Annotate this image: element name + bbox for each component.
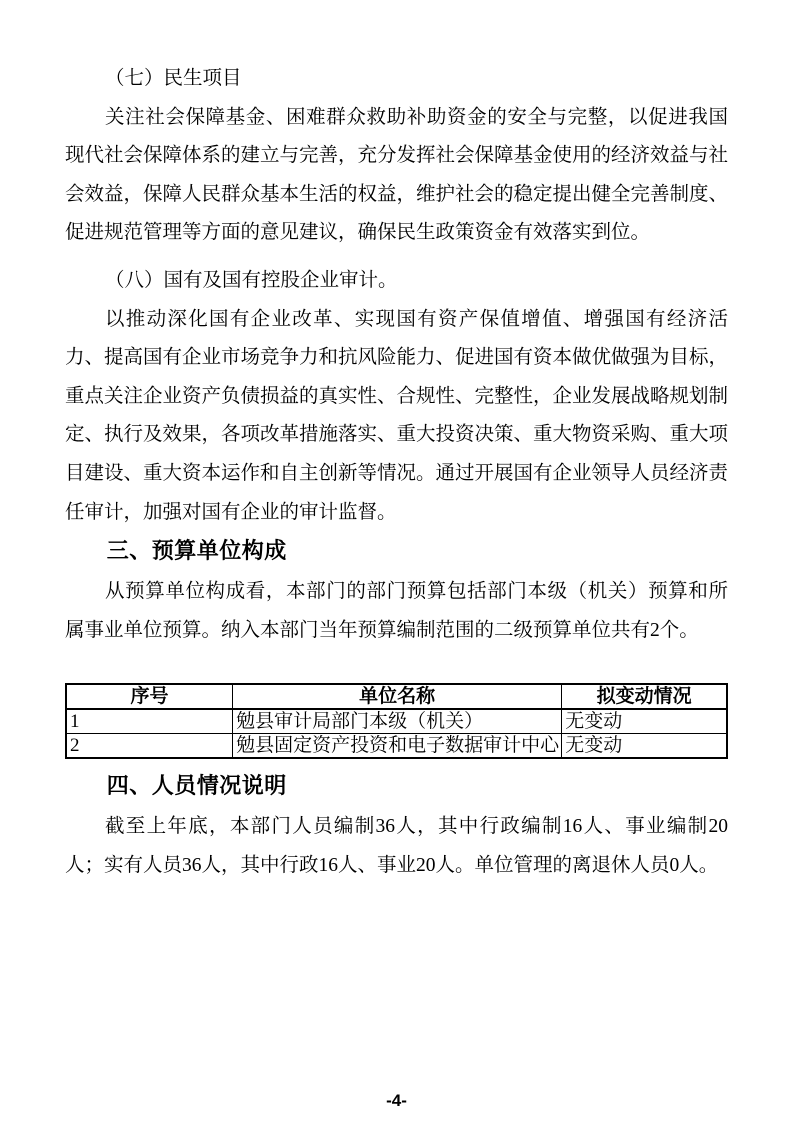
table-header-unit-name: 单位名称 (233, 684, 562, 709)
table-row: 2 勉县固定资产投资和电子数据审计中心 无变动 (66, 734, 727, 759)
section-8-paragraph: 以推动深化国有企业改革、实现国有资产保值增值、增强国有经济活力、提高国有企业市场… (65, 301, 728, 533)
section-7-heading: （七）民生项目 (65, 60, 728, 99)
budget-units-table: 序号 单位名称 拟变动情况 1 勉县审计局部门本级（机关） 无变动 2 勉县固定… (65, 683, 728, 759)
cell-unit-name: 勉县固定资产投资和电子数据审计中心 (233, 734, 562, 759)
cell-serial: 2 (66, 734, 233, 759)
document-content: （七）民生项目 关注社会保障基金、困难群众救助补助资金的安全与完整，以促进我国现… (0, 0, 793, 886)
table-header-row: 序号 单位名称 拟变动情况 (66, 684, 727, 709)
page-number: -4- (0, 1092, 793, 1109)
cell-change-status: 无变动 (562, 709, 727, 734)
section-4-heading: 四、人员情况说明 (65, 771, 728, 801)
section-8-heading: （八）国有及国有控股企业审计。 (65, 262, 728, 301)
cell-serial: 1 (66, 709, 233, 734)
section-4-paragraph: 截至上年底，本部门人员编制36人，其中行政编制16人、事业编制20人；实有人员3… (65, 808, 728, 885)
cell-unit-name: 勉县审计局部门本级（机关） (233, 709, 562, 734)
budget-units-table-header: 序号 单位名称 拟变动情况 (66, 684, 727, 709)
table-row: 1 勉县审计局部门本级（机关） 无变动 (66, 709, 727, 734)
table-header-change-status: 拟变动情况 (562, 684, 727, 709)
section-3-paragraph: 从预算单位构成看，本部门的部门预算包括部门本级（机关）预算和所属事业单位预算。纳… (65, 573, 728, 650)
budget-units-table-body: 1 勉县审计局部门本级（机关） 无变动 2 勉县固定资产投资和电子数据审计中心 … (66, 709, 727, 758)
document-page: （七）民生项目 关注社会保障基金、困难群众救助补助资金的安全与完整，以促进我国现… (0, 0, 793, 1122)
cell-change-status: 无变动 (562, 734, 727, 759)
section-3-heading: 三、预算单位构成 (65, 536, 728, 566)
table-header-serial: 序号 (66, 684, 233, 709)
section-7-paragraph: 关注社会保障基金、困难群众救助补助资金的安全与完整，以促进我国现代社会保障体系的… (65, 99, 728, 253)
